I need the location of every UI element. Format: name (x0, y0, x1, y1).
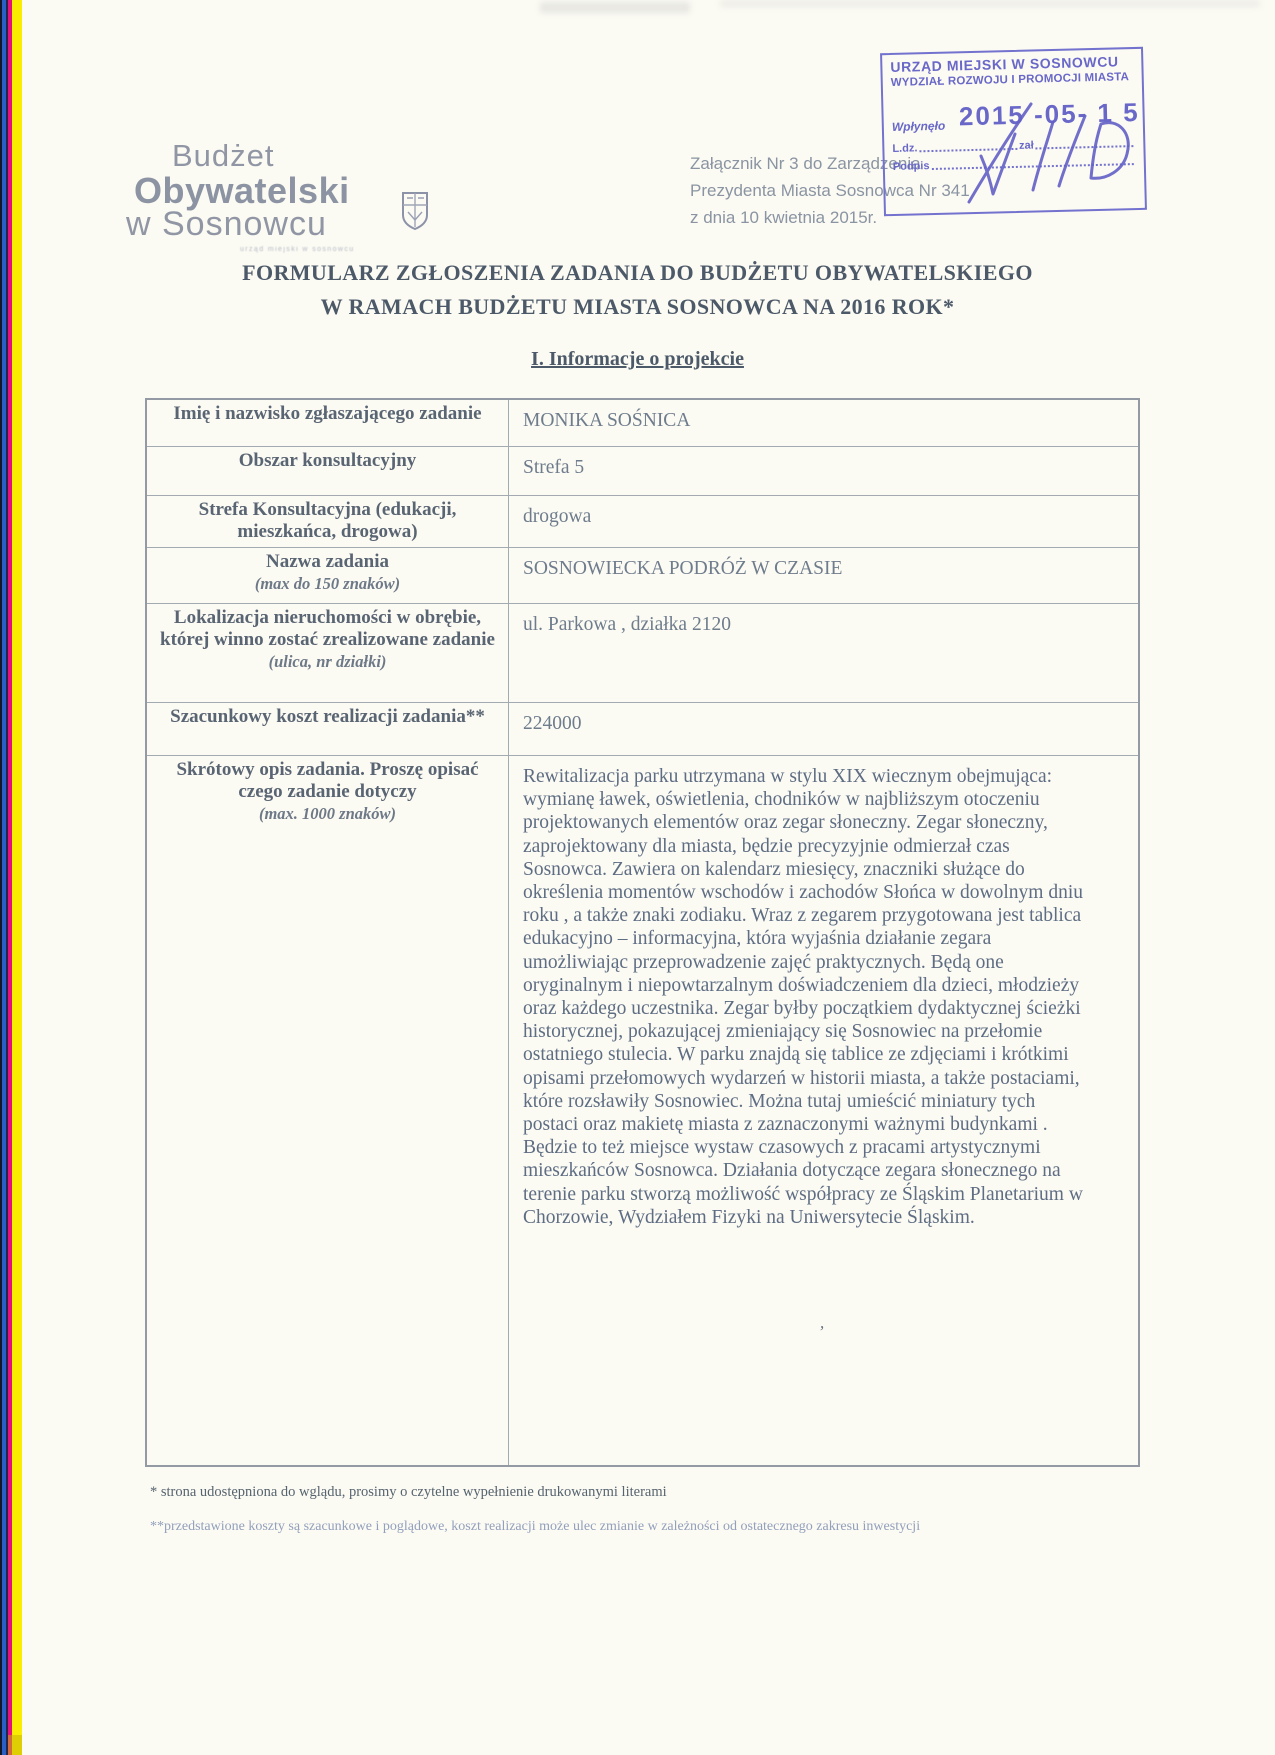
stamp-dotted-line (919, 148, 1017, 152)
row-value: ul. Parkowa , działka 2120 (523, 614, 731, 635)
row-label: Nazwa zadania (266, 551, 389, 572)
stray-pen-mark: ’ (818, 1322, 824, 1342)
row-value-cell: Strefa 5 (509, 447, 1138, 495)
row-sublabel: (max do 150 znaków) (155, 573, 500, 595)
project-info-table: Imię i nazwisko zgłaszającego zadanie MO… (145, 398, 1140, 1467)
row-label-cell: Strefa Konsultacyjna (edukacji, mieszkań… (147, 496, 509, 547)
row-label-cell: Obszar konsultacyjny (147, 447, 509, 495)
stamp-received-date: 2015 -05- 1 5 (959, 97, 1140, 132)
task-description-text: Rewitalizacja parku utrzymana w stylu XI… (523, 766, 1083, 1228)
row-value-cell: MONIKA SOŚNICA (509, 400, 1138, 446)
row-label-cell: Lokalizacja nieruchomości w obrębie, któ… (147, 604, 509, 702)
table-row-cost: Szacunkowy koszt realizacji zadania** 22… (147, 703, 1138, 756)
office-received-stamp: URZĄD MIEJSKI W SOSNOWCU WYDZIAŁ ROZWOJU… (880, 47, 1147, 216)
row-label: Imię i nazwisko zgłaszającego zadanie (173, 403, 481, 424)
row-value: MONIKA SOŚNICA (523, 410, 690, 431)
logo-line3: w Sosnowcu (126, 205, 327, 244)
row-value-cell: ul. Parkowa , działka 2120 (509, 604, 1138, 702)
table-row-location: Lokalizacja nieruchomości w obrębie, któ… (147, 604, 1138, 703)
row-value-cell: 224000 (509, 703, 1138, 755)
form-title-line2: W RAMACH BUDŻETU MIASTA SOSNOWCA NA 2016… (0, 290, 1275, 324)
scanned-form-page: Budżet Obywatelski w Sosnowcu urząd miej… (0, 0, 1275, 1755)
table-row-task-name: Nazwa zadania (max do 150 znaków) SOSNOW… (147, 548, 1138, 604)
row-label-cell: Skrótowy opis zadania. Proszę opisać cze… (147, 756, 509, 1465)
row-sublabel: (max. 1000 znaków) (155, 803, 500, 825)
row-value: SOSNOWIECKA PODRÓŻ W CZASIE (523, 558, 842, 579)
scan-smudge (720, 0, 1260, 7)
logo-tagline: urząd miejski w sosnowcu (240, 246, 355, 253)
stamp-podpis-label: Podpis (893, 160, 930, 173)
row-value-cell: Rewitalizacja parku utrzymana w stylu XI… (509, 756, 1138, 1465)
row-value: 224000 (523, 713, 582, 734)
form-title: FORMULARZ ZGŁOSZENIA ZADANIA DO BUDŻETU … (0, 256, 1275, 324)
footnote-2: **przedstawione koszty są szacunkowe i p… (150, 1506, 950, 1547)
stamp-ldz-label: L.dz. (892, 142, 917, 155)
scan-edge-shade (8, 1735, 22, 1755)
scan-smudge (540, 2, 690, 13)
row-label: Obszar konsultacyjny (239, 450, 417, 471)
table-row-description: Skrótowy opis zadania. Proszę opisać cze… (147, 756, 1138, 1465)
row-label: Skrótowy opis zadania. Proszę opisać cze… (176, 759, 478, 802)
section-heading: I. Informacje o projekcie (0, 348, 1275, 371)
logo-line1: Budżet (172, 138, 275, 174)
row-label: Szacunkowy koszt realizacji zadania** (170, 706, 485, 727)
row-label-cell: Szacunkowy koszt realizacji zadania** (147, 703, 509, 755)
footnote-1: * strona udostępniona do wglądu, prosimy… (150, 1484, 667, 1501)
row-label: Lokalizacja nieruchomości w obrębie, któ… (160, 607, 495, 650)
table-row-zone: Strefa Konsultacyjna (edukacji, mieszkań… (147, 496, 1138, 548)
row-value: Strefa 5 (523, 457, 584, 478)
stamp-zal-label: zał (1019, 140, 1034, 152)
row-value-cell: SOSNOWIECKA PODRÓŻ W CZASIE (509, 548, 1138, 603)
row-label: Strefa Konsultacyjna (edukacji, mieszkań… (199, 499, 457, 542)
stamp-dotted-line (1036, 145, 1134, 149)
form-title-line1: FORMULARZ ZGŁOSZENIA ZADANIA DO BUDŻETU … (0, 256, 1275, 290)
row-value-cell: drogowa (509, 496, 1138, 547)
row-label-cell: Imię i nazwisko zgłaszającego zadanie (147, 400, 509, 446)
row-sublabel: (ulica, nr działki) (155, 651, 500, 673)
row-label-cell: Nazwa zadania (max do 150 znaków) (147, 548, 509, 603)
table-row-area: Obszar konsultacyjny Strefa 5 (147, 447, 1138, 496)
row-value: drogowa (523, 506, 591, 527)
stamp-received-label: Wpłynęło (892, 119, 946, 134)
stamp-dotted-line (932, 163, 1134, 170)
city-crest-icon (400, 190, 430, 232)
table-row-name: Imię i nazwisko zgłaszającego zadanie MO… (147, 400, 1138, 447)
